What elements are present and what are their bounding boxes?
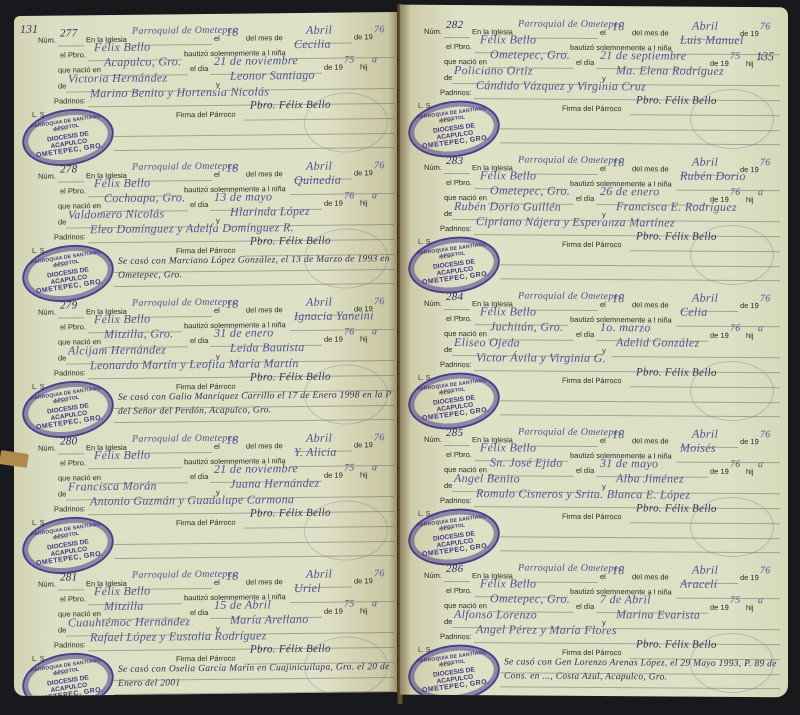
- child-of-label: hij: [746, 331, 754, 340]
- birthplace: Mitzilla: [104, 599, 144, 614]
- baptism-entry-285: Núm. 285 En la Iglesia Parroquial de Ome…: [400, 425, 788, 558]
- father-name: Alfonso Lorenzo: [454, 607, 537, 623]
- baptism-day: 18: [612, 291, 625, 306]
- num-label: Núm.: [424, 299, 442, 308]
- el-label: el: [214, 442, 220, 451]
- birth-year: 76: [344, 326, 355, 337]
- baptism-year: 76: [374, 160, 385, 171]
- baptism-month: Abril: [692, 563, 718, 578]
- child-name: Rubén Dorio: [680, 169, 746, 184]
- priest-name: Félix Bello: [94, 40, 150, 56]
- year-label: de 19: [354, 440, 373, 449]
- baptism-day: 18: [226, 25, 239, 40]
- child-name: Cecilia: [294, 37, 331, 52]
- baptism-entry-281: Núm. 281 En la Iglesia Parroquial de Ome…: [14, 566, 400, 696]
- father-name: Angel Benito: [454, 471, 520, 486]
- birth-year-label: de 19: [324, 335, 343, 344]
- child-suffix: a: [758, 187, 763, 198]
- signature-label: Firma del Párroco: [562, 104, 622, 113]
- birthplace: Ometepec, Gro.: [490, 591, 570, 607]
- entry-number: 282: [446, 19, 463, 31]
- day-label: el día: [576, 58, 594, 67]
- child-of-label: hij: [746, 195, 754, 204]
- month-label: del mes de: [632, 572, 669, 581]
- el-label: el: [214, 306, 220, 315]
- baptism-day: 18: [226, 569, 239, 584]
- father-name: Cuauhtémoc Hernández: [68, 614, 190, 630]
- birth-year-label: de 19: [324, 199, 343, 208]
- godparents: Romulo Cisneros y Srita. Blanca E. López: [476, 486, 690, 502]
- godparents: Cándido Vázquez y Virginia Cruz: [476, 78, 646, 94]
- mother-name: Alba Jiménez: [616, 471, 684, 486]
- godparents: Cipriano Nájera y Esperanza Martínez: [476, 214, 675, 230]
- father-name: Valdomero Nicolás: [68, 206, 164, 222]
- birth-year: 75: [730, 595, 741, 606]
- child-of-label: hij: [746, 467, 754, 476]
- child-of-label: hij: [746, 59, 754, 68]
- baptism-entry-278: Núm. 278 En la Iglesia Parroquial de Ome…: [14, 158, 400, 292]
- birth-year-label: de 19: [710, 603, 729, 612]
- godparents: Rafael López y Eustolia Rodríguez: [90, 628, 267, 645]
- faded-seal: [304, 500, 388, 561]
- birth-year: 76: [730, 187, 741, 198]
- birth-date: 26 de enero: [600, 184, 660, 199]
- birth-year: 76: [730, 459, 741, 470]
- baptism-month: Abril: [306, 431, 332, 446]
- baptism-entry-282: Núm. 282 En la Iglesia Parroquial de Ome…: [400, 17, 788, 150]
- birthplace: Acapulco, Gro.: [104, 54, 181, 70]
- godparents-label: Padrinos:: [54, 232, 86, 241]
- baptism-month: Abril: [306, 23, 332, 38]
- register-book: 131 Núm. 277 En la Iglesia Parroquial de…: [0, 0, 800, 715]
- child-of-label: hij: [360, 198, 368, 207]
- de-label: de: [58, 625, 66, 634]
- baptism-month: Abril: [692, 19, 718, 34]
- godparents-label: Padrinos:: [440, 224, 472, 233]
- baptism-month: Abril: [306, 159, 332, 174]
- day-label: el día: [190, 200, 208, 209]
- baptism-entry-284: Núm. 284 En la Iglesia Parroquial de Ome…: [400, 289, 788, 422]
- baptism-month: Abril: [306, 295, 332, 310]
- de-label: de: [444, 73, 452, 82]
- signature-label: Firma del Párroco: [176, 110, 236, 120]
- baptism-entry-286: Núm. 286 En la Iglesia Parroquial de Ome…: [400, 561, 788, 694]
- godparents-label: Padrinos:: [440, 360, 472, 369]
- entry-number: 284: [446, 291, 463, 303]
- birth-year: 75: [344, 462, 355, 473]
- baptism-year: 76: [374, 296, 385, 307]
- year-label: de 19: [740, 301, 759, 310]
- de-label: de: [58, 489, 66, 498]
- baptism-year: 76: [760, 293, 771, 304]
- baptism-day: 18: [226, 433, 239, 448]
- church-name: Parroquial de Ometepec: [518, 290, 623, 302]
- notes-label: Notas:: [52, 126, 67, 134]
- priest-name: Félix Bello: [480, 304, 536, 319]
- baptism-day: 18: [226, 297, 239, 312]
- month-label: del mes de: [246, 441, 283, 450]
- num-label: Núm.: [38, 172, 56, 181]
- month-label: del mes de: [632, 300, 669, 309]
- birth-date: 1o. marzo: [600, 320, 651, 335]
- faded-seal: [690, 361, 774, 422]
- birth-year-label: de 19: [324, 607, 343, 616]
- el-label: el: [600, 28, 606, 37]
- child-suffix: a: [758, 459, 763, 470]
- child-suffix: a: [758, 595, 763, 606]
- de-label: de: [444, 345, 452, 354]
- faded-seal: [690, 633, 774, 694]
- notes-label: Notas:: [438, 525, 453, 533]
- godparents-label: Padrinos:: [54, 504, 86, 513]
- priest-name: Félix Bello: [94, 448, 150, 464]
- priest-label: el Pbro.: [60, 186, 86, 195]
- notes-label: Notas:: [438, 117, 453, 125]
- year-label: de 19: [740, 573, 759, 582]
- priest-label: el Pbro.: [446, 450, 472, 459]
- baptism-day: 18: [612, 427, 625, 442]
- notes-label: Notas:: [52, 398, 67, 406]
- month-label: del mes de: [246, 305, 283, 314]
- child-suffix: a: [758, 51, 763, 62]
- baptism-day: 18: [226, 161, 239, 176]
- church-name: Parroquial de Ometepec: [518, 426, 623, 438]
- priest-label: el Pbro.: [60, 322, 86, 331]
- father-name: Rubén Dorio Guillén: [454, 199, 561, 215]
- priest-name: Félix Bello: [94, 176, 150, 192]
- birth-date: 15 de Abril: [214, 597, 271, 613]
- church-name: Parroquial de Ometepec: [132, 569, 237, 581]
- priest-label: el Pbro.: [446, 314, 472, 323]
- child-of-label: hij: [360, 470, 368, 479]
- child-name: Ignacia Yaneini: [294, 308, 374, 324]
- birth-date: 21 de noviembre: [214, 461, 298, 477]
- child-name: Y. Alicia: [294, 445, 337, 460]
- mother-name: Leida Bautista: [230, 340, 305, 356]
- de-label: de: [58, 217, 66, 226]
- birth-year-label: de 19: [324, 63, 343, 72]
- birth-year: 76: [344, 190, 355, 201]
- day-label: el día: [190, 608, 208, 617]
- birthplace: Mitzilla, Gro.: [104, 326, 173, 342]
- bookmark-ribbon: [0, 450, 29, 468]
- el-label: el: [600, 572, 606, 581]
- baptism-month: Abril: [306, 567, 332, 582]
- notes-label: Notas:: [438, 253, 453, 261]
- baptism-year: 76: [760, 565, 771, 576]
- baptism-day: 18: [612, 155, 625, 170]
- day-label: el día: [576, 602, 594, 611]
- day-label: el día: [576, 194, 594, 203]
- birth-year-label: de 19: [324, 471, 343, 480]
- birth-date: 13 de mayo: [214, 189, 272, 205]
- godparents: Victor Ávila y Virginia G.: [476, 350, 606, 366]
- num-label: Núm.: [38, 36, 56, 45]
- birth-year: 75: [344, 54, 355, 65]
- el-label: el: [600, 164, 606, 173]
- church-name: Parroquial de Ometepec: [518, 154, 623, 166]
- priest-name: Félix Bello: [94, 312, 150, 328]
- faded-seal: [690, 89, 774, 150]
- baptism-year: 76: [374, 432, 385, 443]
- godparents-label: Padrinos:: [54, 96, 86, 105]
- baptism-entry-277: Núm. 277 En la Iglesia Parroquial de Ome…: [14, 22, 400, 156]
- godparents-label: Padrinos:: [440, 496, 472, 505]
- el-label: el: [214, 170, 220, 179]
- entry-number: 277: [60, 27, 77, 39]
- birthplace: Sn. José Ejido: [490, 455, 563, 471]
- num-label: Núm.: [38, 308, 56, 317]
- day-label: el día: [190, 472, 208, 481]
- godparents-label: Padrinos:: [440, 632, 472, 641]
- num-label: Núm.: [38, 444, 56, 453]
- notes-label: Notas:: [438, 389, 453, 397]
- mother-name: Leonor Santiago: [230, 68, 315, 84]
- de-label: de: [58, 353, 66, 362]
- church-name: Parroquial de Ometepec: [132, 161, 237, 173]
- birth-date: 31 de mayo: [600, 456, 658, 471]
- mother-name: Francisca E. Rodríguez: [616, 199, 737, 215]
- church-name: Parroquial de Ometepec: [518, 18, 623, 30]
- child-suffix: a: [758, 323, 763, 334]
- month-label: del mes de: [632, 28, 669, 37]
- month-label: del mes de: [632, 164, 669, 173]
- birth-year: 75: [344, 598, 355, 609]
- priest-label: el Pbro.: [60, 50, 86, 59]
- notes-label: Notas:: [52, 262, 67, 270]
- child-suffix: a: [372, 190, 377, 201]
- birth-year: 76: [730, 323, 741, 334]
- godparents-label: Padrinos:: [54, 640, 86, 649]
- year-label: de 19: [740, 437, 759, 446]
- priest-name: Félix Bello: [480, 440, 536, 455]
- priest-name: Félix Bello: [480, 32, 536, 47]
- year-label: de 19: [354, 576, 373, 585]
- child-of-label: hij: [360, 606, 368, 615]
- faded-seal: [690, 497, 774, 558]
- month-label: del mes de: [246, 33, 283, 42]
- year-label: de 19: [354, 168, 373, 177]
- church-name: Parroquial de Ometepec: [132, 433, 237, 445]
- birth-date: 31 de enero: [214, 325, 274, 341]
- child-suffix: a: [372, 54, 377, 65]
- child-of-label: hij: [360, 334, 368, 343]
- child-name: Celia: [680, 305, 708, 320]
- baptism-year: 76: [760, 157, 771, 168]
- godparents: Angel Pérez y María Flores: [476, 622, 617, 638]
- baptism-year: 76: [374, 24, 385, 35]
- signature-label: Firma del Párroco: [176, 518, 236, 528]
- month-label: del mes de: [246, 577, 283, 586]
- godparents-label: Padrinos:: [54, 368, 86, 377]
- num-label: Núm.: [424, 571, 442, 580]
- el-label: el: [214, 34, 220, 43]
- parish-stamp: PARROQUIA DE SANTIAGO APOSTOL Notas: DIO…: [19, 647, 118, 696]
- birthplace: Ometepec, Gro.: [490, 47, 570, 63]
- entry-number: 279: [60, 299, 77, 311]
- day-label: el día: [190, 336, 208, 345]
- day-label: el día: [190, 64, 208, 73]
- signature-label: Firma del Párroco: [562, 512, 622, 521]
- priest-label: el Pbro.: [446, 178, 472, 187]
- entry-number: 286: [446, 563, 463, 575]
- el-label: el: [214, 578, 220, 587]
- baptism-month: Abril: [692, 291, 718, 306]
- church-name: Parroquial de Ometepec: [518, 562, 623, 574]
- father-name: Eliseo Ojeda: [454, 335, 520, 350]
- baptism-entry-280: Núm. 280 En la Iglesia Parroquial de Ome…: [14, 430, 400, 564]
- de-label: de: [58, 81, 66, 90]
- child-of-label: hij: [746, 603, 754, 612]
- child-of-label: hij: [360, 62, 368, 71]
- father-name: Policiano Ortiz: [454, 63, 533, 79]
- birth-date: 21 de noviembre: [214, 53, 298, 69]
- left-page: 131 Núm. 277 En la Iglesia Parroquial de…: [14, 12, 400, 696]
- num-label: Núm.: [424, 435, 442, 444]
- el-label: el: [600, 436, 606, 445]
- month-label: del mes de: [246, 169, 283, 178]
- birth-year: 75: [730, 51, 741, 62]
- de-label: de: [444, 481, 452, 490]
- father-name: Victoria Hernández: [68, 70, 168, 86]
- signature-label: Firma del Párroco: [562, 376, 622, 385]
- baptism-month: Abril: [692, 427, 718, 442]
- birth-year-label: de 19: [710, 331, 729, 340]
- de-label: de: [444, 209, 452, 218]
- baptism-entry-279: Núm. 279 En la Iglesia Parroquial de Ome…: [14, 294, 400, 428]
- priest-name: Félix Bello: [480, 576, 536, 591]
- month-label: del mes de: [632, 436, 669, 445]
- priest-label: el Pbro.: [60, 594, 86, 603]
- faded-seal: [690, 225, 774, 286]
- el-label: el: [600, 300, 606, 309]
- num-label: Núm.: [38, 580, 56, 589]
- father-name: Francisca Morán: [68, 479, 157, 495]
- year-label: de 19: [354, 32, 373, 41]
- birth-date: 21 de septiembre: [600, 48, 686, 64]
- priest-label: el Pbro.: [60, 458, 86, 467]
- baptism-month: Abril: [692, 155, 718, 170]
- priest-label: el Pbro.: [446, 42, 472, 51]
- baptism-year: 76: [374, 568, 385, 579]
- birth-year-label: de 19: [710, 467, 729, 476]
- entry-number: 280: [60, 435, 77, 447]
- baptism-year: 76: [760, 429, 771, 440]
- right-page: 135 Núm. 282 En la Iglesia Parroquial de…: [400, 5, 788, 698]
- child-suffix: a: [372, 598, 377, 609]
- mother-name: Marina Evarista: [616, 607, 700, 623]
- mother-name: Ma. Elena Rodríguez: [616, 63, 724, 79]
- entry-number: 283: [446, 155, 463, 167]
- mother-name: María Arellano: [230, 612, 309, 628]
- num-label: Núm.: [424, 27, 442, 36]
- birthplace: Ometepec, Gro.: [490, 183, 570, 199]
- child-name: Luis Manuel: [680, 33, 744, 48]
- priest-name: Félix Bello: [94, 584, 150, 600]
- mother-name: Hlarinda López: [230, 204, 310, 220]
- birthplace: Cochoapa, Gro.: [104, 190, 185, 206]
- notes-label: Notas:: [52, 534, 67, 542]
- day-label: el día: [576, 466, 594, 475]
- child-name: Quinedia: [294, 173, 341, 188]
- church-name: Parroquial de Ometepec: [132, 297, 237, 309]
- child-name: Uriel: [294, 581, 321, 596]
- birth-date: 7 de Abril: [600, 592, 651, 607]
- mother-name: Adelid González: [616, 335, 700, 351]
- father-name: Alcijam Hernández: [68, 342, 166, 358]
- priest-name: Félix Bello: [480, 168, 536, 183]
- baptism-year: 76: [760, 21, 771, 32]
- birthplace: Juchitán, Gro.: [490, 319, 563, 335]
- child-name: Moisés: [680, 441, 716, 456]
- entry-number: 281: [60, 571, 77, 583]
- day-label: el día: [576, 330, 594, 339]
- de-label: de: [444, 617, 452, 626]
- notes-label: Notas:: [52, 670, 67, 678]
- baptism-entry-283: Núm. 283 En la Iglesia Parroquial de Ome…: [400, 153, 788, 286]
- godparents: Marino Benito y Hortensia Nicolás: [90, 84, 269, 101]
- child-suffix: a: [372, 462, 377, 473]
- num-label: Núm.: [424, 163, 442, 172]
- entry-number: 285: [446, 427, 463, 439]
- child-suffix: a: [372, 326, 377, 337]
- child-name: Aracelí: [680, 577, 717, 592]
- priest-label: el Pbro.: [446, 586, 472, 595]
- notes-label: Notas:: [438, 661, 453, 669]
- faded-seal: [304, 92, 388, 153]
- church-name: Parroquial de Ometepec: [132, 25, 237, 37]
- mother-name: Juana Hernández: [230, 476, 319, 492]
- signature-label: Firma del Párroco: [562, 240, 622, 249]
- faded-seal: [304, 636, 388, 696]
- baptism-day: 18: [612, 563, 625, 578]
- baptism-day: 18: [612, 19, 625, 34]
- godparents-label: Padrinos:: [440, 88, 472, 97]
- entry-number: 278: [60, 163, 77, 175]
